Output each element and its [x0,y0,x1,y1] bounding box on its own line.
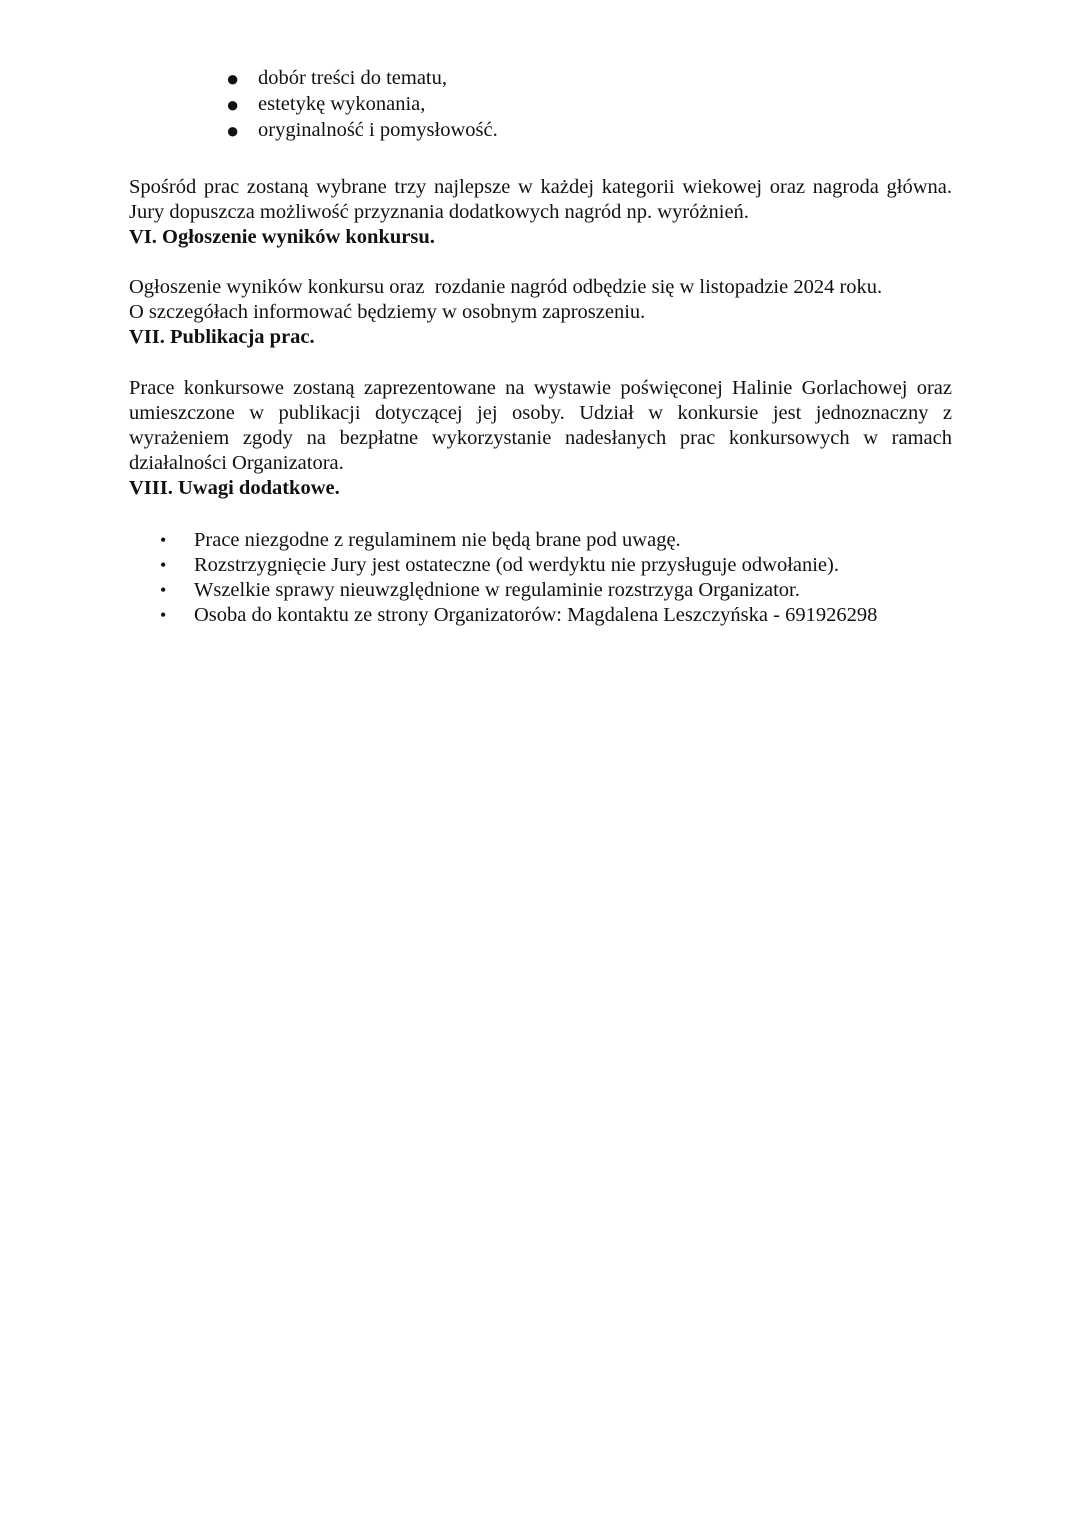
list-item-text: dobór treści do tematu, [258,67,447,89]
criteria-list: ● dobór treści do tematu, ● estetykę wyk… [129,66,952,144]
section-vi-heading: VI. Ogłoszenie wyników konkursu. [129,225,952,250]
list-item: ● estetykę wykonania, [129,92,952,118]
section-vii-paragraph: Prace konkursowe zostaną zaprezentowane … [129,376,952,476]
list-item: • Wszelkie sprawy nieuwzględnione w regu… [129,578,952,603]
bullet-icon: ● [226,118,239,143]
list-item: • Osoba do kontaktu ze strony Organizato… [129,603,952,628]
document-page: ● dobór treści do tematu, ● estetykę wyk… [129,66,952,628]
remarks-list: • Prace niezgodne z regulaminem nie będą… [129,528,952,628]
section-vi-line: O szczegółach informować będziemy w osob… [129,300,952,325]
list-item: ● dobór treści do tematu, [129,66,952,92]
section-vii-heading: VII. Publikacja prac. [129,325,952,350]
list-item: • Rozstrzygnięcie Jury jest ostateczne (… [129,553,952,578]
section-vi-body: Ogłoszenie wyników konkursu oraz rozdani… [129,275,952,325]
section-vi-line: Ogłoszenie wyników konkursu oraz rozdani… [129,275,952,300]
selection-paragraph: Spośród prac zostaną wybrane trzy najlep… [129,175,952,225]
bullet-icon: ● [226,66,239,91]
bullet-icon: • [160,603,166,628]
list-item-text: estetykę wykonania, [258,93,425,115]
contact-text: Osoba do kontaktu ze strony Organizatoró… [194,604,877,626]
section-viii-heading: VIII. Uwagi dodatkowe. [129,476,952,501]
list-item-text: Prace niezgodne z regulaminem nie będą b… [194,529,681,551]
list-item: • Prace niezgodne z regulaminem nie będą… [129,528,952,553]
list-item-text: oryginalność i pomysłowość. [258,119,498,141]
bullet-icon: • [160,578,166,603]
list-item-text: Wszelkie sprawy nieuwzględnione w regula… [194,579,800,601]
list-item: ● oryginalność i pomysłowość. [129,118,952,144]
bullet-icon: • [160,528,166,553]
bullet-icon: • [160,553,166,578]
list-item-text: Rozstrzygnięcie Jury jest ostateczne (od… [194,554,839,576]
bullet-icon: ● [226,92,239,117]
